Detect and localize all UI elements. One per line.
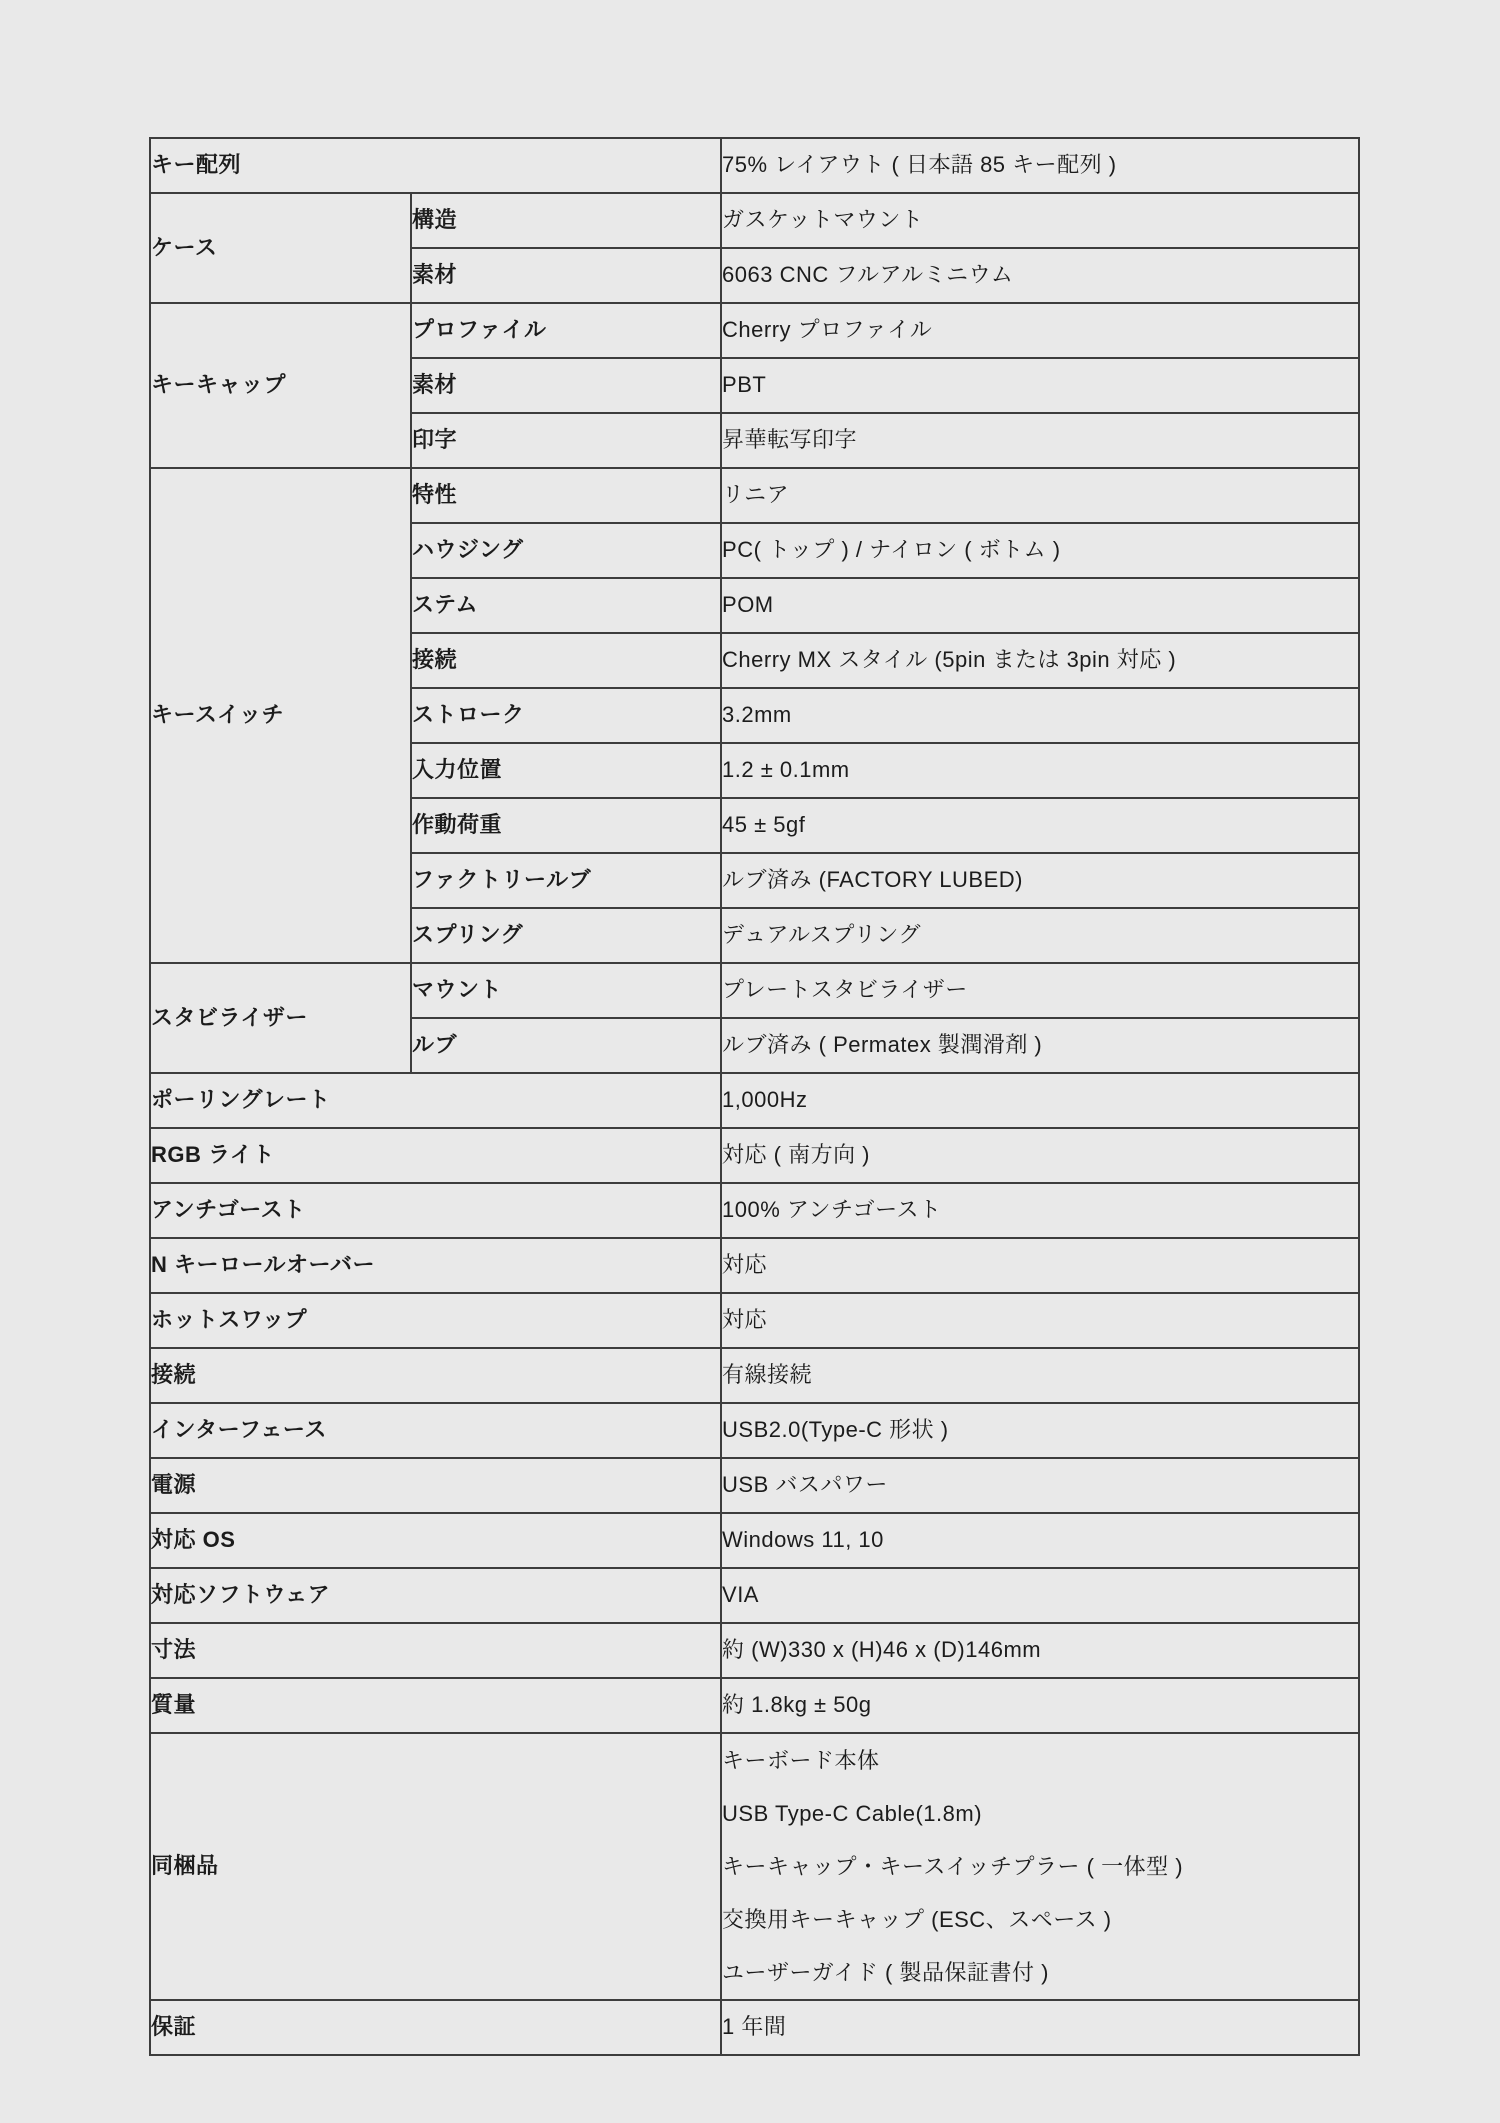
spec-label: 寸法 <box>150 1623 721 1678</box>
table-row: ケース 構造 ガスケットマウント <box>150 193 1359 248</box>
spec-value: USB2.0(Type-C 形状 ) <box>721 1403 1359 1458</box>
spec-sublabel: マウント <box>411 963 721 1018</box>
spec-sublabel: ストローク <box>411 688 721 743</box>
spec-value: Windows 11, 10 <box>721 1513 1359 1568</box>
table-row: 保証 1 年間 <box>150 2000 1359 2055</box>
spec-sublabel: ハウジング <box>411 523 721 578</box>
table-row: 質量 約 1.8kg ± 50g <box>150 1678 1359 1733</box>
spec-value: POM <box>721 578 1359 633</box>
spec-value-warranty: 1 年間 <box>721 2000 1359 2055</box>
spec-value-bundle: キーボード本体 USB Type-C Cable(1.8m) キーキャップ・キー… <box>721 1733 1359 2000</box>
table-row: ホットスワップ 対応 <box>150 1293 1359 1348</box>
spec-sublabel: 素材 <box>411 248 721 303</box>
bundle-item: キーボード本体 <box>722 1734 1358 1787</box>
spec-value: 1,000Hz <box>721 1073 1359 1128</box>
spec-label-switch: キースイッチ <box>150 468 411 963</box>
table-row: アンチゴースト 100% アンチゴースト <box>150 1183 1359 1238</box>
spec-label-key-layout: キー配列 <box>150 138 721 193</box>
spec-sublabel: 構造 <box>411 193 721 248</box>
bundle-item: ユーザーガイド ( 製品保証書付 ) <box>722 1946 1358 1999</box>
spec-sublabel: 特性 <box>411 468 721 523</box>
spec-label: RGB ライト <box>150 1128 721 1183</box>
spec-value: 対応 <box>721 1293 1359 1348</box>
spec-value: デュアルスプリング <box>721 908 1359 963</box>
spec-value: ガスケットマウント <box>721 193 1359 248</box>
spec-sublabel: 入力位置 <box>411 743 721 798</box>
table-row: スタビライザー マウント プレートスタビライザー <box>150 963 1359 1018</box>
spec-label-bundle: 同梱品 <box>150 1733 721 2000</box>
spec-value-key-layout: 75% レイアウト ( 日本語 85 キー配列 ) <box>721 138 1359 193</box>
spec-value: PC( トップ ) / ナイロン ( ボトム ) <box>721 523 1359 578</box>
table-row: キーキャップ プロファイル Cherry プロファイル <box>150 303 1359 358</box>
spec-sublabel: プロファイル <box>411 303 721 358</box>
spec-sublabel: 素材 <box>411 358 721 413</box>
spec-sublabel: 接続 <box>411 633 721 688</box>
bundle-item: キーキャップ・キースイッチプラー ( 一体型 ) <box>722 1840 1358 1893</box>
spec-sublabel: ルブ <box>411 1018 721 1073</box>
spec-value: 100% アンチゴースト <box>721 1183 1359 1238</box>
table-row: 寸法 約 (W)330 x (H)46 x (D)146mm <box>150 1623 1359 1678</box>
table-row: 同梱品 キーボード本体 USB Type-C Cable(1.8m) キーキャッ… <box>150 1733 1359 2000</box>
table-row: キー配列 75% レイアウト ( 日本語 85 キー配列 ) <box>150 138 1359 193</box>
table-row: N キーロールオーバー 対応 <box>150 1238 1359 1293</box>
bundle-item: USB Type-C Cable(1.8m) <box>722 1787 1358 1840</box>
spec-label: 対応 OS <box>150 1513 721 1568</box>
spec-value: USB バスパワー <box>721 1458 1359 1513</box>
spec-label: N キーロールオーバー <box>150 1238 721 1293</box>
spec-label-warranty: 保証 <box>150 2000 721 2055</box>
spec-label: インターフェース <box>150 1403 721 1458</box>
spec-value: 約 1.8kg ± 50g <box>721 1678 1359 1733</box>
spec-sublabel: 印字 <box>411 413 721 468</box>
spec-value: VIA <box>721 1568 1359 1623</box>
spec-value: リニア <box>721 468 1359 523</box>
table-row: 接続 有線接続 <box>150 1348 1359 1403</box>
spec-sublabel: ステム <box>411 578 721 633</box>
spec-value: 約 (W)330 x (H)46 x (D)146mm <box>721 1623 1359 1678</box>
spec-sublabel: 作動荷重 <box>411 798 721 853</box>
spec-value: プレートスタビライザー <box>721 963 1359 1018</box>
spec-value: 3.2mm <box>721 688 1359 743</box>
spec-value: Cherry MX スタイル (5pin または 3pin 対応 ) <box>721 633 1359 688</box>
table-row: 対応ソフトウェア VIA <box>150 1568 1359 1623</box>
spec-label-keycap: キーキャップ <box>150 303 411 468</box>
spec-label-stabilizer: スタビライザー <box>150 963 411 1073</box>
spec-value: 対応 <box>721 1238 1359 1293</box>
spec-value: 1.2 ± 0.1mm <box>721 743 1359 798</box>
spec-label: 接続 <box>150 1348 721 1403</box>
spec-value: 昇華転写印字 <box>721 413 1359 468</box>
table-row: ポーリングレート 1,000Hz <box>150 1073 1359 1128</box>
spec-label: ホットスワップ <box>150 1293 721 1348</box>
table-row: RGB ライト 対応 ( 南方向 ) <box>150 1128 1359 1183</box>
spec-label-case: ケース <box>150 193 411 303</box>
spec-sheet: キー配列 75% レイアウト ( 日本語 85 キー配列 ) ケース 構造 ガス… <box>149 137 1358 2056</box>
spec-value: 有線接続 <box>721 1348 1359 1403</box>
spec-value: 対応 ( 南方向 ) <box>721 1128 1359 1183</box>
spec-sublabel: スプリング <box>411 908 721 963</box>
spec-value: 6063 CNC フルアルミニウム <box>721 248 1359 303</box>
spec-label: 対応ソフトウェア <box>150 1568 721 1623</box>
spec-sublabel: ファクトリールブ <box>411 853 721 908</box>
table-row: インターフェース USB2.0(Type-C 形状 ) <box>150 1403 1359 1458</box>
spec-value: ルブ済み ( Permatex 製潤滑剤 ) <box>721 1018 1359 1073</box>
spec-value: Cherry プロファイル <box>721 303 1359 358</box>
spec-value: ルブ済み (FACTORY LUBED) <box>721 853 1359 908</box>
bundle-item: 交換用キーキャップ (ESC、スペース ) <box>722 1893 1358 1946</box>
spec-value: PBT <box>721 358 1359 413</box>
spec-label: 電源 <box>150 1458 721 1513</box>
table-row: 電源 USB バスパワー <box>150 1458 1359 1513</box>
spec-label: 質量 <box>150 1678 721 1733</box>
spec-label: ポーリングレート <box>150 1073 721 1128</box>
spec-table: キー配列 75% レイアウト ( 日本語 85 キー配列 ) ケース 構造 ガス… <box>149 137 1360 2056</box>
spec-label: アンチゴースト <box>150 1183 721 1238</box>
table-row: キースイッチ 特性 リニア <box>150 468 1359 523</box>
table-row: 対応 OS Windows 11, 10 <box>150 1513 1359 1568</box>
spec-value: 45 ± 5gf <box>721 798 1359 853</box>
